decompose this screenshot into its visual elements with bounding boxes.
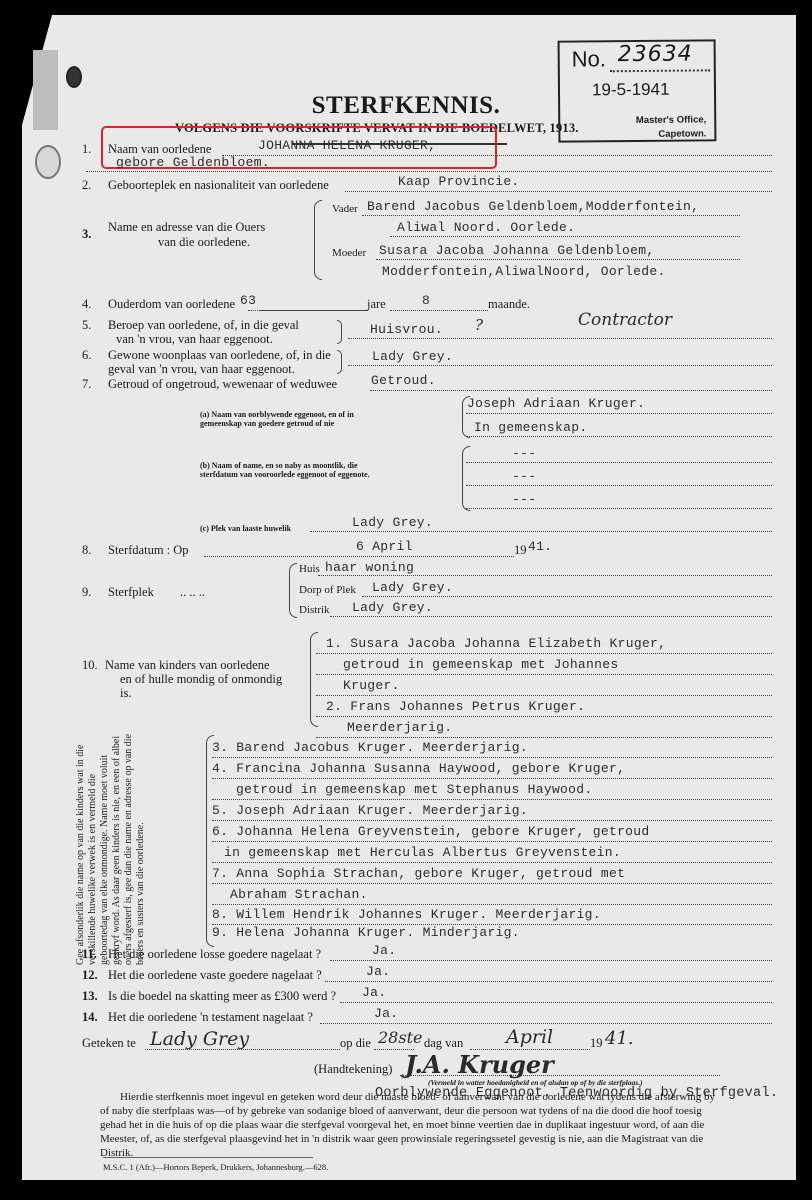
age-months-label: maande. <box>488 297 530 312</box>
field-3-brace <box>314 200 322 280</box>
child-line-1[interactable]: 1. Susara Jacoba Johanna Elizabeth Kruge… <box>326 636 666 651</box>
field-7a-dotted-line-2 <box>466 436 772 437</box>
signed-at-place-value[interactable]: Lady Grey <box>150 1028 249 1050</box>
child-line-12[interactable]: 7. Anna Sophia Strachan, gebore Kruger, … <box>212 866 625 881</box>
field-14-label: Het die oorledene 'n testament nagelaat … <box>108 1010 313 1025</box>
punch-hole <box>35 145 61 179</box>
death-year-prefix: 19 <box>514 543 527 558</box>
stamp-number: 23634 <box>618 42 693 68</box>
field-12-dotted-line <box>325 981 772 982</box>
mother-label: Moeder <box>332 247 366 259</box>
field-10-brace <box>310 632 318 727</box>
field-1-value-line1[interactable]: JOHANNA HELENA KRUGER, <box>258 138 436 153</box>
field-6-number: 6. <box>82 348 91 363</box>
field-5-brace <box>337 320 342 344</box>
field-9-leader: .. .. .. <box>180 585 205 600</box>
mother-value-line2[interactable]: Modderfontein,AliwalNoord, Oorlede. <box>382 264 666 279</box>
field-7-dotted-line <box>370 390 772 391</box>
age-years-label: jare <box>367 297 386 312</box>
field-9-number: 9. <box>82 585 91 600</box>
district-label: Distrik <box>299 604 330 616</box>
field-14-number: 14. <box>82 1010 98 1025</box>
field-5-label-line1: Beroep van oorledene, of, in die geval <box>108 318 299 333</box>
father-dotted-line-2 <box>390 236 740 237</box>
age-years-value[interactable]: 63 <box>240 293 256 308</box>
field-5-dotted-line <box>348 338 772 339</box>
field-2-label: Geboorteplek en nasionaliteit van oorled… <box>108 178 329 193</box>
child-line-6[interactable]: 3. Barend Jacobus Kruger. Meerderjarig. <box>212 740 528 755</box>
punch-hole-mark <box>66 66 82 88</box>
field-10-label-line1: Name van kinders van oorledene <box>105 658 270 673</box>
field-6-value[interactable]: Lady Grey. <box>372 349 453 364</box>
children-dotted-line-3 <box>316 695 772 696</box>
stamp-office-line1: Master's Office, <box>636 113 706 128</box>
field-7b-dotted-line-3 <box>466 508 772 509</box>
child-line-15[interactable]: 9. Helena Johanna Kruger. Minderjarig. <box>212 925 520 940</box>
field-10-number: 10. <box>82 658 98 673</box>
printer-imprint: M.S.C. 1 (Afr.)—Hortors Beperk, Drukkers… <box>103 1162 328 1172</box>
field-5-handwritten-annotation: Contractor <box>578 310 672 330</box>
father-value-line1[interactable]: Barend Jacobus Geldenbloem,Modderfontein… <box>367 199 699 214</box>
field-5-number: 5. <box>82 318 91 333</box>
child-line-5[interactable]: Meerderjarig. <box>347 720 452 735</box>
children-dotted-line-13 <box>212 904 772 905</box>
father-label: Vader <box>332 203 358 215</box>
field-4-dotted-line-c <box>390 310 488 311</box>
field-3-label-line2: van die oorledene. <box>158 235 250 250</box>
field-12-value[interactable]: Ja. <box>366 964 390 979</box>
field-9-label: Sterfplek <box>108 585 154 600</box>
field-7a-label-line2: gemeenskap van goedere getroud of nie <box>200 419 334 428</box>
field-13-value[interactable]: Ja. <box>362 985 386 1000</box>
field-14-value[interactable]: Ja. <box>374 1006 398 1021</box>
field-7-value[interactable]: Getroud. <box>371 373 436 388</box>
death-date-value[interactable]: 6 April <box>356 539 413 554</box>
prior-spouse-value-1[interactable]: --- <box>512 446 536 461</box>
house-label: Huis <box>299 563 320 575</box>
field-4-number: 4. <box>82 297 91 312</box>
field-1-dotted-line-2 <box>86 171 772 172</box>
field-7-number: 7. <box>82 377 91 392</box>
children-dotted-line-4 <box>316 716 772 717</box>
field-4-label: Ouderdom van oorledene <box>108 297 235 312</box>
last-marriage-place-value[interactable]: Lady Grey. <box>352 515 433 530</box>
field-8-number: 8. <box>82 543 91 558</box>
children-dotted-line-7 <box>212 778 772 779</box>
child-line-11[interactable]: in gemeenskap met Herculas Albertus Grey… <box>224 845 621 860</box>
father-value-line2[interactable]: Aliwal Noord. Oorlede. <box>397 220 575 235</box>
mother-value-line1[interactable]: Susara Jacoba Johanna Geldenbloem, <box>379 243 654 258</box>
field-8-label: Sterfdatum : Op <box>108 543 189 558</box>
field-1-number: 1. <box>82 142 91 157</box>
field-2-dotted-line <box>345 191 772 192</box>
child-line-3[interactable]: Kruger. <box>343 678 400 693</box>
father-dotted-line <box>362 215 740 216</box>
master-office-stamp: No. 23634 19-5-1941 Master's Office, Cap… <box>558 39 717 142</box>
field-6-label-line1: Gewone woonplaas van oorledene, of, in d… <box>108 348 331 363</box>
field-7b-label-line2: sterfdatum van vooroorlede eggenoot of e… <box>200 470 370 479</box>
children-dotted-line-9 <box>212 820 772 821</box>
on-the-label: op die <box>340 1036 371 1051</box>
field-8-dotted-line <box>204 556 514 557</box>
footer-rule <box>103 1157 313 1158</box>
field-7b-brace <box>462 446 470 511</box>
mother-dotted-line <box>376 259 740 260</box>
house-value[interactable]: haar woning <box>325 560 414 575</box>
field-11-label: Het die oorledene losse goedere nagelaat… <box>108 947 321 962</box>
signed-month-value[interactable]: April <box>506 1026 553 1048</box>
field-9-brace <box>289 563 297 618</box>
signature-label: (Handtekening) <box>314 1062 392 1077</box>
child-line-4[interactable]: 2. Frans Johannes Petrus Kruger. <box>326 699 585 714</box>
child-line-7[interactable]: 4. Francina Johanna Susanna Haywood, geb… <box>212 761 625 776</box>
children-dotted-line-5 <box>316 737 772 738</box>
field-6-label-line2: geval van 'n vrou, van haar eggenoot. <box>108 362 295 377</box>
child-line-8[interactable]: getroud in gemeenskap met Stephanus Hayw… <box>236 782 592 797</box>
children-dotted-line-8 <box>212 799 772 800</box>
field-12-number: 12. <box>82 968 98 983</box>
field-6-brace <box>337 350 342 374</box>
field-7a-dotted-line <box>466 413 772 414</box>
field-7b-dotted-line-1 <box>466 462 772 463</box>
field-7c-label: (c) Plek van laaste huwelik <box>200 524 291 533</box>
field-11-number: 11. <box>82 947 97 962</box>
stamp-office: Master's Office, Capetown. <box>636 113 707 142</box>
instructions-paragraph: Hierdie sterfkennis moet ingevul en gete… <box>100 1090 715 1160</box>
age-months-value[interactable]: 8 <box>422 293 430 308</box>
signed-year-value[interactable]: 41. <box>605 1028 634 1049</box>
field-5-annotation-question: ? <box>475 316 483 334</box>
child-line-14[interactable]: 8. Willem Hendrik Johannes Kruger. Meerd… <box>212 907 601 922</box>
prior-spouse-value-3[interactable]: --- <box>512 492 536 507</box>
death-year-value[interactable]: 41. <box>528 539 552 554</box>
field-4-dotted-line-b <box>260 310 367 311</box>
child-line-13[interactable]: Abraham Strachan. <box>230 887 368 902</box>
field-13-dotted-line <box>340 1002 772 1003</box>
signed-at-label: Geteken te <box>82 1036 136 1051</box>
field-7b-label-line1: (b) Naam of name, en so naby as moontlik… <box>200 461 358 470</box>
stamp-office-line2: Capetown. <box>636 127 706 142</box>
town-value[interactable]: Lady Grey. <box>372 580 453 595</box>
children-dotted-line-6 <box>212 757 772 758</box>
stamp-dotted-line <box>610 69 710 72</box>
field-11-dotted-line <box>330 960 772 961</box>
children-dotted-line-12 <box>212 883 772 884</box>
field-5-label-line2: van 'n vrou, van haar eggenoot. <box>116 332 273 347</box>
child-line-9[interactable]: 5. Joseph Adriaan Kruger. Meerderjarig. <box>212 803 528 818</box>
field-12-label: Het die oorledene vaste goedere nagelaat… <box>108 968 322 983</box>
signed-year-prefix: 19 <box>590 1036 603 1051</box>
children-dotted-line-11 <box>212 862 772 863</box>
spouse-name-value[interactable]: Joseph Adriaan Kruger. <box>467 396 645 411</box>
child-line-2[interactable]: getroud in gemeenskap met Johannes <box>343 657 618 672</box>
field-1-value-line2[interactable]: gebore Geldenbloem. <box>116 155 270 170</box>
community-of-property-value[interactable]: In gemeenskap. <box>474 420 587 435</box>
stamp-date: 19-5-1941 <box>592 80 670 101</box>
field-6-dotted-line <box>348 365 772 366</box>
field-5-value[interactable]: Huisvrou. <box>370 322 443 337</box>
signed-day-value[interactable]: 28ste <box>378 1028 422 1047</box>
field-10-label-line2: en of hulle mondig of onmondig <box>120 672 282 687</box>
children-dotted-line-10 <box>212 841 772 842</box>
field-7-label: Getroud of ongetroud, wewenaar of weduwe… <box>108 377 337 392</box>
district-dotted-line <box>330 616 772 617</box>
field-1-dotted-line <box>222 155 772 156</box>
children-dotted-line-2 <box>316 674 772 675</box>
day-of-label: dag van <box>424 1036 463 1051</box>
field-11-value[interactable]: Ja. <box>372 943 396 958</box>
district-value[interactable]: Lady Grey. <box>352 600 433 615</box>
field-3-number: 3. <box>82 227 91 242</box>
house-dotted-line <box>318 575 772 576</box>
field-13-label: Is die boedel na skatting meer as £300 w… <box>108 989 336 1004</box>
prior-spouse-value-2[interactable]: --- <box>512 469 536 484</box>
field-14-dotted-line <box>320 1023 772 1024</box>
stamp-number-label: No. <box>572 46 606 72</box>
children-instructions-note: Gee afsonderlik die name op van die kind… <box>75 729 220 965</box>
field-2-value[interactable]: Kaap Provincie. <box>398 174 520 189</box>
child-line-10[interactable]: 6. Johanna Helena Greyvenstein, gebore K… <box>212 824 649 839</box>
field-7b-dotted-line-2 <box>466 485 772 486</box>
field-13-number: 13. <box>82 989 98 1004</box>
town-label: Dorp of Plek <box>299 584 356 596</box>
field-7c-dotted-line <box>310 531 772 532</box>
children-dotted-line-1 <box>316 653 772 654</box>
field-10-label-line3: is. <box>120 686 131 701</box>
field-3-label-line1: Name en adresse van die Ouers <box>108 220 265 235</box>
signature-value[interactable]: J.A. Kruger <box>405 1050 554 1079</box>
town-dotted-line <box>362 596 772 597</box>
field-7a-label-line1: (a) Naam van oorblywende eggenoot, en of… <box>200 410 354 419</box>
field-2-number: 2. <box>82 178 91 193</box>
